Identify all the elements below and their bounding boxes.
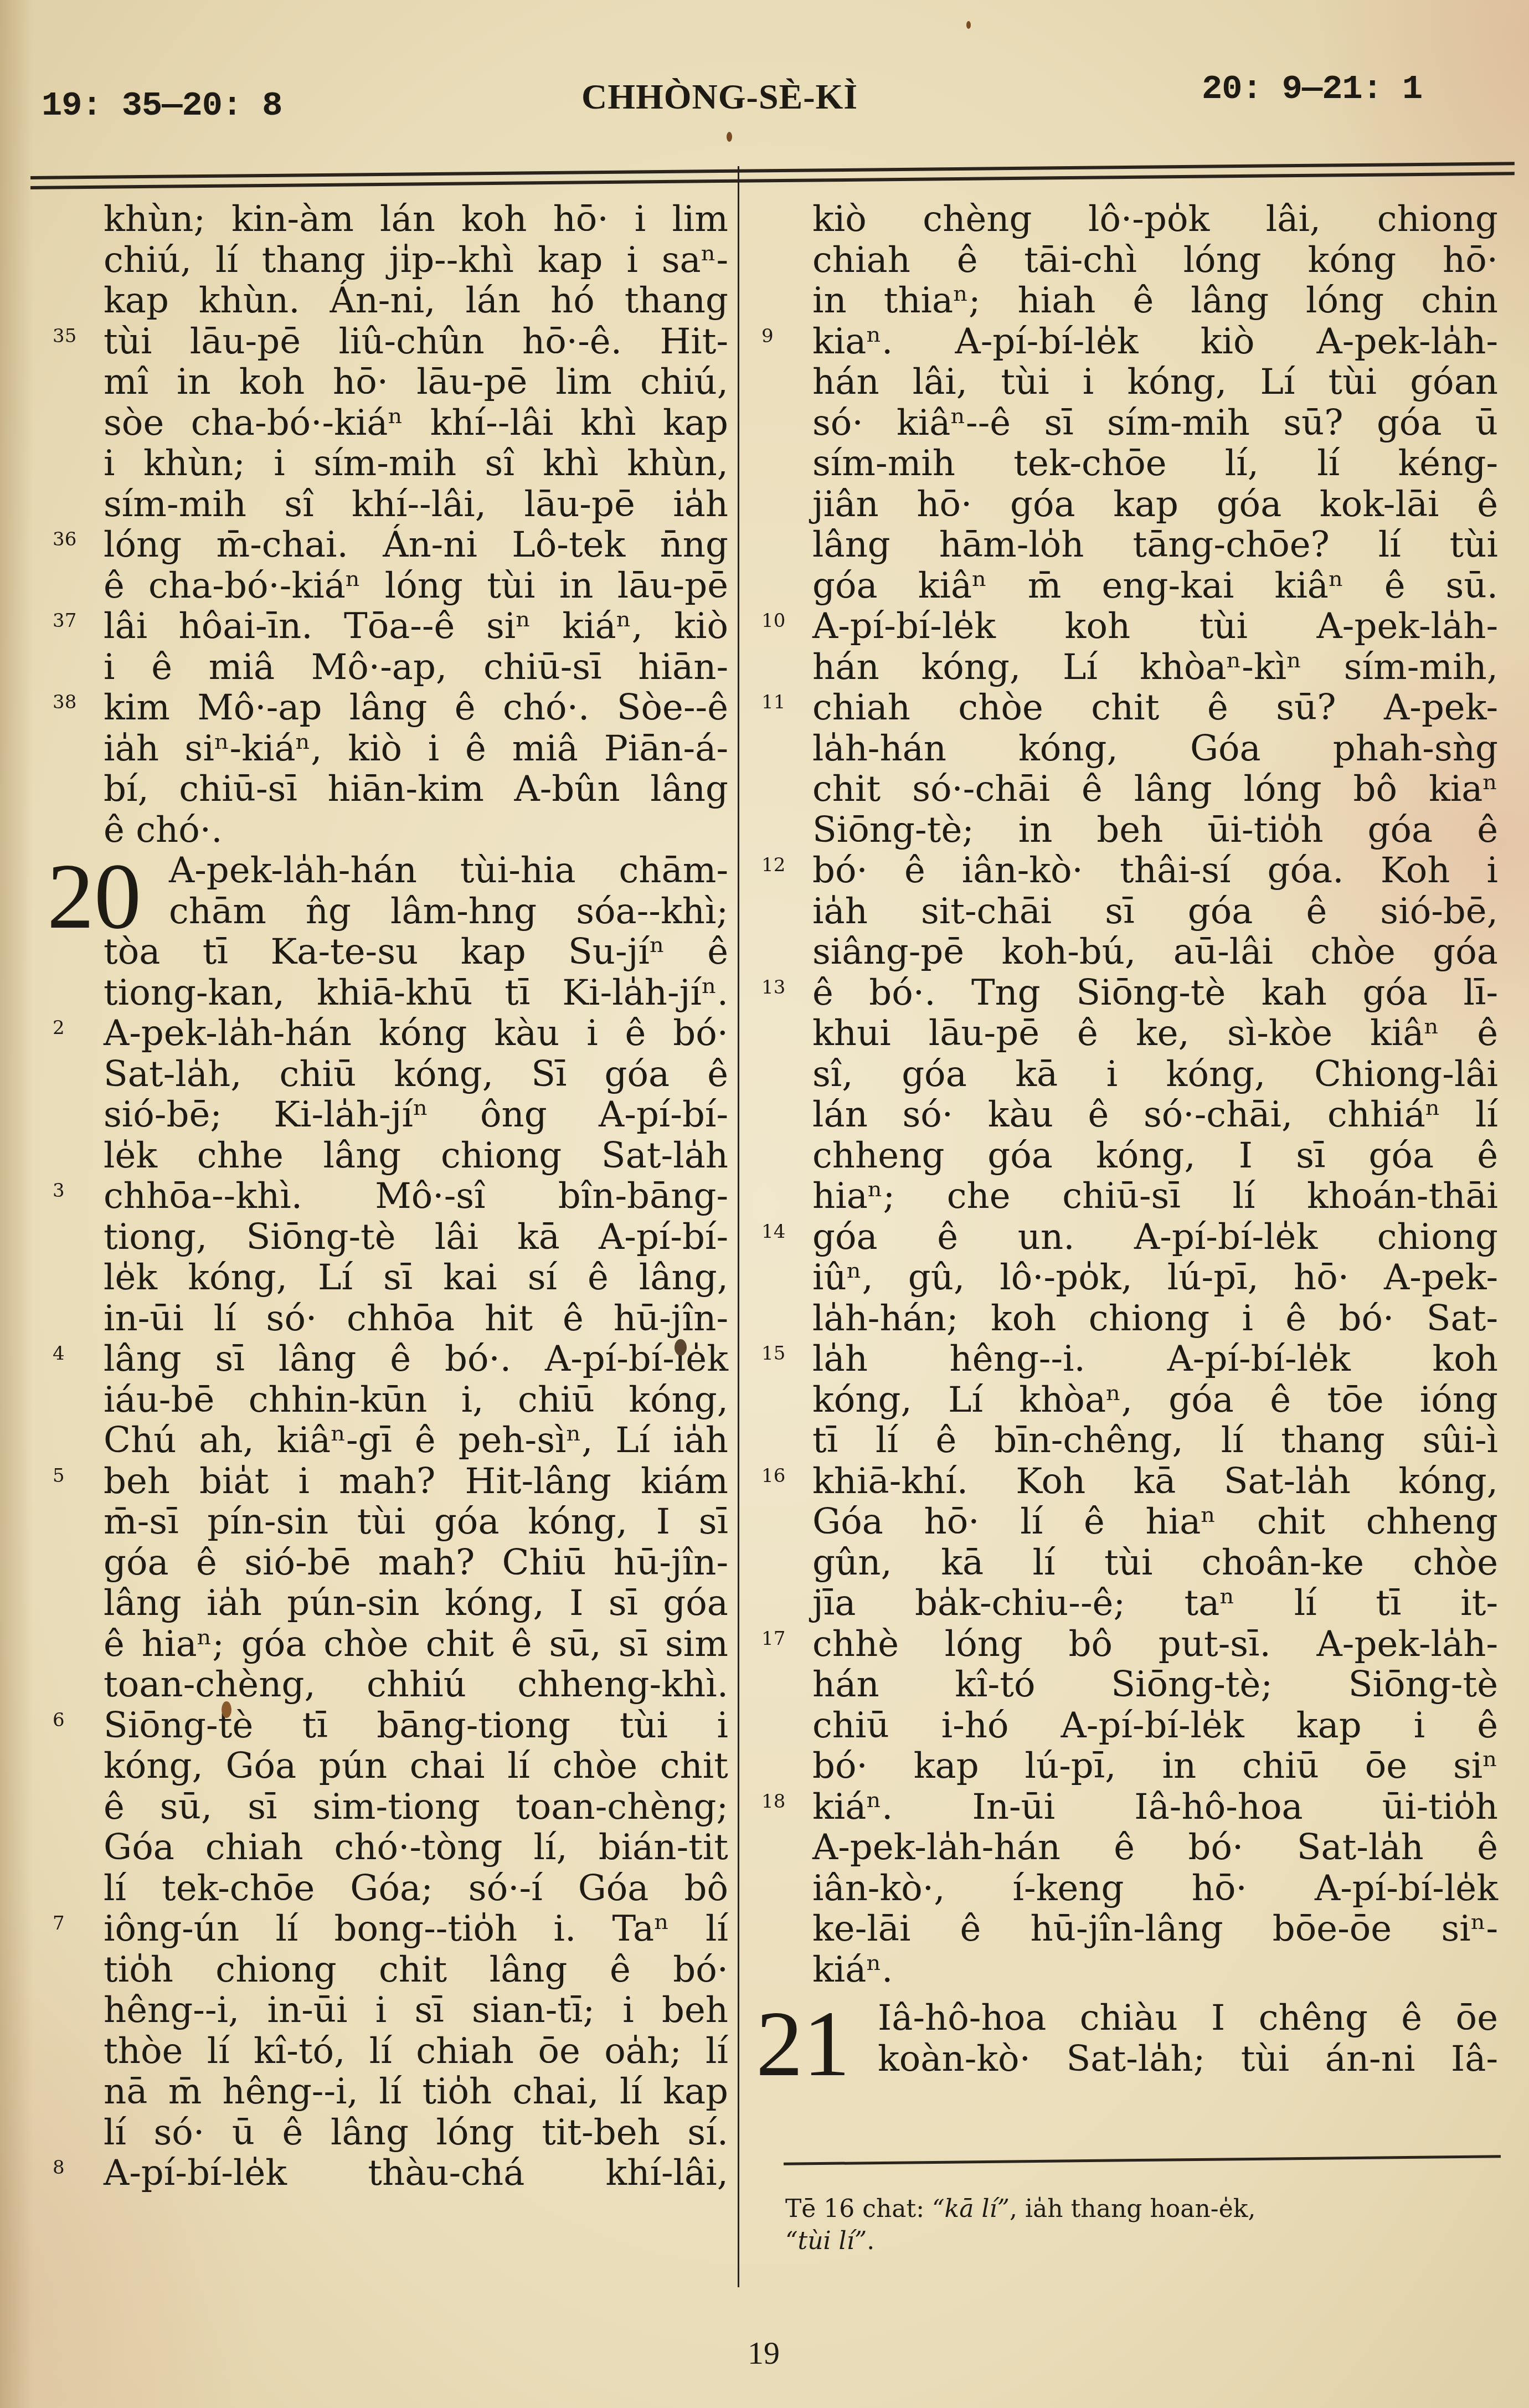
text-line: lâng ia̍h pún-sin kóng, I sī góa	[53, 1583, 728, 1624]
text-line: ê hiaⁿ; góa chòe chit ê sū, sī sim	[53, 1624, 728, 1665]
verse-text: gûn, kā lí tùi choân-ke chòe	[812, 1543, 1498, 1584]
text-line: ia̍h sit-chāi sī góa ê sió-bē,	[761, 892, 1498, 933]
text-line: chit só·-chāi ê lâng lóng bô kiaⁿ	[761, 769, 1498, 810]
text-line: lí só· ū ê lâng lóng tit-beh sí.	[53, 2113, 728, 2154]
text-line: tiong-kan, khiā-khū tī Ki-la̍h-jíⁿ.	[53, 973, 728, 1014]
text-line: nā m̄ hêng--i, lí tio̍h chai, lí kap	[53, 2072, 728, 2113]
ink-stain	[222, 1701, 231, 1718]
verse-number: 4	[53, 1342, 91, 1365]
text-line: chiah ê tāi-chì lóng kóng hō·	[761, 240, 1498, 281]
verse-text: ê sū, sī sim-tiong toan-chèng;	[104, 1787, 728, 1828]
text-line: iûⁿ, gû, lô·-po̍k, lú-pī, hō· A-pek-	[761, 1258, 1498, 1299]
text-line: 11chiah chòe chit ê sū? A-pek-	[761, 688, 1498, 729]
verse-text: chheng góa kóng, I sī góa ê	[812, 1136, 1498, 1177]
verse-text: bí, chiū-sī hiān-kim A-bûn lâng	[104, 769, 728, 810]
chapter-start: 21Iâ-hô-hoa chiàu I chêng ê ōekoàn-kò· S…	[761, 1998, 1498, 2080]
verse-text: la̍h hêng--i. A-pí-bí-le̍k koh	[812, 1339, 1498, 1380]
text-line: le̍k kóng, Lí sī kai sí ê lâng,	[53, 1258, 728, 1299]
verse-text: bó· kap lú-pī, in chiū ōe siⁿ	[812, 1746, 1498, 1787]
verse-text: tiong, Siōng-tè lâi kā A-pí-bí-	[104, 1217, 728, 1258]
verse-text: i khùn; i sím-mih sî khì khùn,	[104, 444, 728, 485]
verse-text: A-pí-bí-le̍k koh tùi A-pek-la̍h-	[812, 606, 1498, 647]
text-line: chheng góa kóng, I sī góa ê	[761, 1136, 1498, 1177]
text-line: 17chhè lóng bô put-sī. A-pek-la̍h-	[761, 1624, 1498, 1665]
verse-text: mî in koh hō· lāu-pē lim chiú,	[104, 362, 728, 403]
verse-text: siâng-pē koh-bú, aū-lâi chòe góa	[812, 932, 1498, 973]
verse-text: tùi lāu-pē liû-chûn hō·-ê. Hit-	[104, 322, 728, 363]
verse-number: 38	[53, 691, 91, 713]
verse-text: lâng ia̍h pún-sin kóng, I sī góa	[104, 1583, 728, 1624]
verse-text: tī lí ê bīn-chêng, lí thang sûi-ì	[812, 1421, 1498, 1462]
text-line: siâng-pē koh-bú, aū-lâi chòe góa	[761, 932, 1498, 973]
text-line: kiáⁿ.	[761, 1950, 1498, 1991]
text-line: kóng, Góa pún chai lí chòe chit	[53, 1746, 728, 1787]
verse-text: khiā-khí. Koh kā Sat-la̍h kóng,	[812, 1462, 1498, 1503]
header-verse-range-right: 20: 9—21: 1	[1202, 69, 1422, 109]
footnote-quote-1: “kā lí”	[932, 2195, 1010, 2223]
verse-text: ke-lāi ê hū-jîn-lâng bōe-ōe siⁿ-	[812, 1909, 1498, 1950]
verse-text: lí só· ū ê lâng lóng tit-beh sí.	[104, 2113, 728, 2154]
verse-text: i ê miâ Mô·-ap, chiū-sī hiān-	[104, 647, 728, 688]
text-line: ê cha-bó·-kiáⁿ lóng tùi in lāu-pē	[53, 566, 728, 607]
verse-text: iông-ún lí bong--tio̍h i. Taⁿ lí	[104, 1909, 728, 1950]
verse-text: chiú, lí thang ji̍p--khì kap i saⁿ-	[104, 240, 728, 281]
verse-text: in thiaⁿ; hiah ê lâng lóng chin	[812, 281, 1498, 322]
verse-text: hiaⁿ; che chiū-sī lí khoán-thāi	[812, 1176, 1498, 1217]
text-line: A-pek-la̍h-hán ê bó· Sat-la̍h ê	[761, 1828, 1498, 1869]
footnote-line-1: Tē 16 chat: “kā lí”, ia̍h thang hoan-e̍k…	[785, 2193, 1500, 2225]
text-line: sím-mih sî khí--lâi, lāu-pē ia̍h	[53, 485, 728, 526]
verse-number: 3	[53, 1180, 91, 1202]
verse-text: A-pek-la̍h-hán kóng kàu i ê bó·	[104, 1013, 728, 1054]
text-line: koàn-kò· Sat-la̍h; tùi án-ni Iâ-	[761, 2039, 1498, 2080]
verse-number: 17	[761, 1628, 800, 1650]
text-line: m̄-sī pín-sin tùi góa kóng, I sī	[53, 1502, 728, 1543]
text-line: le̍k chhe lâng chiong Sat-la̍h	[53, 1136, 728, 1177]
verse-text: kiáⁿ.	[812, 1950, 1498, 1991]
verse-number: 10	[761, 610, 800, 632]
text-line: 38kim Mô·-ap lâng ê chó·. Sòe--ê	[53, 688, 728, 729]
text-line: hán lâi, tùi i kóng, Lí tùi góan	[761, 362, 1498, 403]
text-line: in-ūi lí só· chhōa hit ê hū-jîn-	[53, 1299, 728, 1340]
verse-number: 35	[53, 325, 91, 347]
text-line: 8A-pí-bí-le̍k thàu-chá khí-lâi,	[53, 2153, 728, 2194]
text-line: 5beh bia̍t i mah? Hit-lâng kiám	[53, 1462, 728, 1503]
verse-text: sím-mih tek-chōe lí, lí kéng-	[812, 444, 1498, 485]
verse-text: lâng sī lâng ê bó·. A-pí-bí-le̍k	[104, 1339, 728, 1380]
verse-text: góa kiâⁿ m̄ eng-kai kiâⁿ ê sū.	[812, 566, 1498, 607]
chapter-start: 20A-pek-la̍h-hán tùi-hia chām-chām n̂g l…	[53, 851, 728, 932]
text-line: 3chhōa--khì. Mô·-sî bîn-bāng-	[53, 1176, 728, 1217]
verse-text: tiong-kan, khiā-khū tī Ki-la̍h-jíⁿ.	[104, 973, 728, 1014]
ink-stain	[675, 1339, 687, 1356]
verse-text: ê cha-bó·-kiáⁿ lóng tùi in lāu-pē	[104, 566, 728, 607]
text-line: 13ê bó·. Tng Siōng-tè kah góa lī-	[761, 973, 1498, 1014]
verse-text: hán kî-tó Siōng-tè; Siōng-tè	[812, 1665, 1498, 1706]
text-line: A-pek-la̍h-hán tùi-hia chām-	[53, 851, 728, 892]
ink-speck	[727, 132, 732, 142]
text-line: ke-lāi ê hū-jîn-lâng bōe-ōe siⁿ-	[761, 1909, 1498, 1950]
verse-number: 7	[53, 1912, 91, 1934]
verse-text: ia̍h siⁿ-kiáⁿ, kiò i ê miâ Piān-á-	[104, 729, 728, 770]
verse-text: lóng m̄-chai. Án-ni Lô-tek n̄ng	[104, 525, 728, 566]
text-line: Siōng-tè; in beh ūi-tio̍h góa ê	[761, 810, 1498, 851]
text-line: Góa chiah chó·-tòng lí, bián-tit	[53, 1828, 728, 1869]
text-line: 36lóng m̄-chai. Án-ni Lô-tek n̄ng	[53, 525, 728, 566]
text-line: jīa ba̍k-chiu--ê; taⁿ lí tī it-	[761, 1583, 1498, 1624]
text-line: ia̍h siⁿ-kiáⁿ, kiò i ê miâ Piān-á-	[53, 729, 728, 770]
verse-text: ê bó·. Tng Siōng-tè kah góa lī-	[812, 973, 1498, 1014]
verse-number: 13	[761, 976, 800, 999]
running-header: 19: 35—20: 8 CHHÒNG-SÈ-KÌ 20: 9—21: 1	[0, 39, 1529, 122]
text-line: jiân hō· góa kap góa kok-lāi ê	[761, 485, 1498, 526]
verse-text: Góa chiah chó·-tòng lí, bián-tit	[104, 1828, 728, 1869]
verse-number: 14	[761, 1221, 800, 1243]
verse-text: jiân hō· góa kap góa kok-lāi ê	[812, 485, 1498, 526]
text-line: Chú ah, kiâⁿ-gī ê peh-sìⁿ, Lí ia̍h	[53, 1421, 728, 1462]
verse-text: kóng, Lí khòaⁿ, góa ê tōe ióng	[812, 1380, 1498, 1421]
verse-text: beh bia̍t i mah? Hit-lâng kiám	[104, 1462, 728, 1503]
text-line: hêng--i, in-ūi i sī sian-tī; i beh	[53, 1990, 728, 2031]
verse-text: chām n̂g lâm-hng sóa--khì;	[169, 892, 728, 933]
verse-text: thòe lí kî-tó, lí chiah ōe oa̍h; lí	[104, 2031, 728, 2072]
verse-text: le̍k chhe lâng chiong Sat-la̍h	[104, 1136, 728, 1177]
text-line: 15la̍h hêng--i. A-pí-bí-le̍k koh	[761, 1339, 1498, 1380]
text-line: thòe lí kî-tó, lí chiah ōe oa̍h; lí	[53, 2031, 728, 2072]
text-line: chām n̂g lâm-hng sóa--khì;	[53, 892, 728, 933]
text-line: Góa hō· lí ê hiaⁿ chit chheng	[761, 1502, 1498, 1543]
verse-text: sió-bē; Ki-la̍h-jíⁿ ông A-pí-bí-	[104, 1095, 728, 1136]
verse-text: góa ê un. A-pí-bí-le̍k chiong	[812, 1217, 1498, 1258]
footnote-suffix-2: .	[867, 2227, 874, 2255]
verse-text: tio̍h chiong chit lâng ê bó·	[104, 1950, 728, 1991]
verse-text: chit só·-chāi ê lâng lóng bô kiaⁿ	[812, 769, 1498, 810]
verse-text: A-pí-bí-le̍k thàu-chá khí-lâi,	[104, 2153, 728, 2194]
verse-text: kiáⁿ. In-ūi Iâ-hô-hoa ūi-tio̍h	[812, 1787, 1498, 1828]
verse-text: sím-mih sî khí--lâi, lāu-pē ia̍h	[104, 485, 728, 526]
text-line: 37lâi hôai-īn. Tōa--ê siⁿ kiáⁿ, kiò	[53, 606, 728, 647]
verse-text: Iâ-hô-hoa chiàu I chêng ê ōe	[878, 1998, 1498, 2039]
verse-text: m̄-sī pín-sin tùi góa kóng, I sī	[104, 1502, 728, 1543]
text-line: iân-kò·, í-keng hō· A-pí-bí-le̍k	[761, 1869, 1498, 1910]
text-line: gûn, kā lí tùi choân-ke chòe	[761, 1543, 1498, 1584]
verse-text: Sat-la̍h, chiū kóng, Sī góa ê	[104, 1054, 728, 1095]
text-line: tiong, Siōng-tè lâi kā A-pí-bí-	[53, 1217, 728, 1258]
verse-number: 8	[53, 2157, 91, 2179]
verse-text: tòa tī Ka-te-su kap Su-jíⁿ ê	[104, 932, 728, 973]
header-verse-range-left: 19: 35—20: 8	[42, 86, 282, 125]
text-line: 18kiáⁿ. In-ūi Iâ-hô-hoa ūi-tio̍h	[761, 1787, 1498, 1828]
verse-number: 12	[761, 854, 800, 876]
verse-number: 37	[53, 610, 91, 632]
text-line: hiaⁿ; che chiū-sī lí khoán-thāi	[761, 1176, 1498, 1217]
verse-text: Chú ah, kiâⁿ-gī ê peh-sìⁿ, Lí ia̍h	[104, 1421, 728, 1462]
verse-text: góa ê sió-bē mah? Chiū hū-jîn-	[104, 1543, 728, 1584]
text-line: sió-bē; Ki-la̍h-jíⁿ ông A-pí-bí-	[53, 1095, 728, 1136]
text-line: toan-chèng, chhiú chheng-khì.	[53, 1665, 728, 1706]
verse-text: sòe cha-bó·-kiáⁿ khí--lâi khì kap	[104, 403, 728, 444]
verse-text: hán kóng, Lí khòaⁿ-kìⁿ sím-mih,	[812, 647, 1498, 688]
text-line: khùn; kin-àm lán koh hō· i lim	[53, 199, 728, 240]
verse-text: chiū i-hó A-pí-bí-le̍k kap i ê	[812, 1706, 1498, 1747]
spine-shadow	[0, 0, 33, 2408]
verse-number: 5	[53, 1465, 91, 1487]
verse-text: sî, góa kā i kóng, Chiong-lâi	[812, 1054, 1498, 1095]
text-line: 6Siōng-tè tī bāng-tiong tùi i	[53, 1706, 728, 1747]
text-line: la̍h-hán; koh chiong i ê bó· Sat-	[761, 1299, 1498, 1340]
verse-text: jīa ba̍k-chiu--ê; taⁿ lí tī it-	[812, 1583, 1498, 1624]
text-line: só· kiâⁿ--ê sī sím-mih sū? góa ū	[761, 403, 1498, 444]
verse-number: 6	[53, 1709, 91, 1731]
left-column: khùn; kin-àm lán koh hō· i limchiú, lí t…	[53, 199, 728, 2194]
text-line: 14góa ê un. A-pí-bí-le̍k chiong	[761, 1217, 1498, 1258]
verse-text: khui lāu-pē ê ke, sì-kòe kiâⁿ ê	[812, 1013, 1498, 1054]
verse-number: 2	[53, 1017, 91, 1039]
verse-text: kiò chèng lô·-po̍k lâi, chiong	[812, 199, 1498, 240]
verse-text: só· kiâⁿ--ê sī sím-mih sū? góa ū	[812, 403, 1498, 444]
verse-text: ia̍h sit-chāi sī góa ê sió-bē,	[812, 892, 1498, 933]
text-line: chiū i-hó A-pí-bí-le̍k kap i ê	[761, 1706, 1498, 1747]
text-line: sî, góa kā i kóng, Chiong-lâi	[761, 1054, 1498, 1095]
footnote-suffix-1: , ia̍h thang hoan-e̍k,	[1010, 2195, 1255, 2223]
verse-text: Góa hō· lí ê hiaⁿ chit chheng	[812, 1502, 1498, 1543]
verse-text: A-pek-la̍h-hán tùi-hia chām-	[169, 851, 728, 892]
header-book-title: CHHÒNG-SÈ-KÌ	[581, 76, 858, 117]
right-column: kiò chèng lô·-po̍k lâi, chiongchiah ê tā…	[761, 199, 1498, 2080]
verse-text: bó· ê iân-kò· thâi-sí góa. Koh i	[812, 851, 1498, 892]
verse-text: toan-chèng, chhiú chheng-khì.	[104, 1665, 728, 1706]
text-line: sím-mih tek-chōe lí, lí kéng-	[761, 444, 1498, 485]
verse-number: 18	[761, 1790, 800, 1813]
text-line: sòe cha-bó·-kiáⁿ khí--lâi khì kap	[53, 403, 728, 444]
verse-text: le̍k kóng, Lí sī kai sí ê lâng,	[104, 1258, 728, 1299]
verse-text: chiah ê tāi-chì lóng kóng hō·	[812, 240, 1498, 281]
verse-number: 11	[761, 691, 800, 713]
text-line: 12bó· ê iân-kò· thâi-sí góa. Koh i	[761, 851, 1498, 892]
text-line: tī lí ê bīn-chêng, lí thang sûi-ì	[761, 1421, 1498, 1462]
text-line: la̍h-hán kóng, Góa phah-sǹg	[761, 729, 1498, 770]
chapter-gap	[761, 1990, 1498, 1998]
text-line: lán só· kàu ê só·-chāi, chhiáⁿ lí	[761, 1095, 1498, 1136]
verse-text: chiah chòe chit ê sū? A-pek-	[812, 688, 1498, 729]
text-line: bí, chiū-sī hiān-kim A-bûn lâng	[53, 769, 728, 810]
verse-text: lâng hām-lo̍h tāng-chōe? lí tùi	[812, 525, 1498, 566]
text-line: Iâ-hô-hoa chiàu I chêng ê ōe	[761, 1998, 1498, 2039]
verse-text: in-ūi lí só· chhōa hit ê hū-jîn-	[104, 1299, 728, 1340]
verse-number: 16	[761, 1465, 800, 1487]
verse-text: ê chó·.	[104, 810, 728, 851]
text-line: mî in koh hō· lāu-pē lim chiú,	[53, 362, 728, 403]
text-line: hán kî-tó Siōng-tè; Siōng-tè	[761, 1665, 1498, 1706]
text-line: tio̍h chiong chit lâng ê bó·	[53, 1950, 728, 1991]
text-line: ê chó·.	[53, 810, 728, 851]
text-line: kap khùn. Án-ni, lán hó thang	[53, 281, 728, 322]
verse-text: kiaⁿ. A-pí-bí-le̍k kiò A-pek-la̍h-	[812, 322, 1498, 363]
text-line: ê sū, sī sim-tiong toan-chèng;	[53, 1787, 728, 1828]
verse-text: koàn-kò· Sat-la̍h; tùi án-ni Iâ-	[878, 2039, 1498, 2080]
text-line: lí tek-chōe Góa; só·-í Góa bô	[53, 1869, 728, 1910]
text-line: i ê miâ Mô·-ap, chiū-sī hiān-	[53, 647, 728, 688]
text-line: i khùn; i sím-mih sî khì khùn,	[53, 444, 728, 485]
verse-number: 9	[761, 325, 800, 347]
verse-text: Siōng-tè tī bāng-tiong tùi i	[104, 1706, 728, 1747]
verse-text: khùn; kin-àm lán koh hō· i lim	[104, 199, 728, 240]
text-line: 4lâng sī lâng ê bó·. A-pí-bí-le̍k	[53, 1339, 728, 1380]
verse-text: la̍h-hán; koh chiong i ê bó· Sat-	[812, 1299, 1498, 1340]
text-line: 2A-pek-la̍h-hán kóng kàu i ê bó·	[53, 1013, 728, 1054]
text-line: in thiaⁿ; hiah ê lâng lóng chin	[761, 281, 1498, 322]
verse-text: kap khùn. Án-ni, lán hó thang	[104, 281, 728, 322]
text-line: khui lāu-pē ê ke, sì-kòe kiâⁿ ê	[761, 1013, 1498, 1054]
footnote-quote-2: “tùi lí”	[785, 2227, 867, 2255]
footnote: Tē 16 chat: “kā lí”, ia̍h thang hoan-e̍k…	[785, 2193, 1500, 2257]
page-number: 19	[748, 2334, 780, 2371]
verse-text: hêng--i, in-ūi i sī sian-tī; i beh	[104, 1990, 728, 2031]
text-line: kóng, Lí khòaⁿ, góa ê tōe ióng	[761, 1380, 1498, 1421]
text-line: 16khiā-khí. Koh kā Sat-la̍h kóng,	[761, 1462, 1498, 1503]
verse-text: chhè lóng bô put-sī. A-pek-la̍h-	[812, 1624, 1498, 1665]
verse-text: A-pek-la̍h-hán ê bó· Sat-la̍h ê	[812, 1828, 1498, 1869]
verse-number: 36	[53, 528, 91, 550]
text-line: 7iông-ún lí bong--tio̍h i. Taⁿ lí	[53, 1909, 728, 1950]
verse-text: ê hiaⁿ; góa chòe chit ê sū, sī sim	[104, 1624, 728, 1665]
verse-text: iân-kò·, í-keng hō· A-pí-bí-le̍k	[812, 1869, 1498, 1910]
footnote-prefix: Tē 16 chat:	[785, 2195, 932, 2223]
text-line: góa ê sió-bē mah? Chiū hū-jîn-	[53, 1543, 728, 1584]
text-line: 35tùi lāu-pē liû-chûn hō·-ê. Hit-	[53, 322, 728, 363]
verse-text: iûⁿ, gû, lô·-po̍k, lú-pī, hō· A-pek-	[812, 1258, 1498, 1299]
verse-text: kóng, Góa pún chai lí chòe chit	[104, 1746, 728, 1787]
verse-text: lán só· kàu ê só·-chāi, chhiáⁿ lí	[812, 1095, 1498, 1136]
verse-text: lí tek-chōe Góa; só·-í Góa bô	[104, 1869, 728, 1910]
verse-text: nā m̄ hêng--i, lí tio̍h chai, lí kap	[104, 2072, 728, 2113]
text-line: lâng hām-lo̍h tāng-chōe? lí tùi	[761, 525, 1498, 566]
text-line: Sat-la̍h, chiū kóng, Sī góa ê	[53, 1054, 728, 1095]
text-line: bó· kap lú-pī, in chiū ōe siⁿ	[761, 1746, 1498, 1787]
text-line: tòa tī Ka-te-su kap Su-jíⁿ ê	[53, 932, 728, 973]
column-divider	[738, 166, 739, 2287]
text-line: hán kóng, Lí khòaⁿ-kìⁿ sím-mih,	[761, 647, 1498, 688]
text-line: kiò chèng lô·-po̍k lâi, chiong	[761, 199, 1498, 240]
verse-text: Siōng-tè; in beh ūi-tio̍h góa ê	[812, 810, 1498, 851]
verse-text: la̍h-hán kóng, Góa phah-sǹg	[812, 729, 1498, 770]
text-line: 10A-pí-bí-le̍k koh tùi A-pek-la̍h-	[761, 606, 1498, 647]
text-line: iáu-bē chhin-kūn i, chiū kóng,	[53, 1380, 728, 1421]
verse-text: iáu-bē chhin-kūn i, chiū kóng,	[104, 1380, 728, 1421]
ink-speck	[966, 21, 971, 29]
text-line: 9kiaⁿ. A-pí-bí-le̍k kiò A-pek-la̍h-	[761, 322, 1498, 363]
verse-number: 15	[761, 1342, 800, 1365]
text-line: chiú, lí thang ji̍p--khì kap i saⁿ-	[53, 240, 728, 281]
verse-text: kim Mô·-ap lâng ê chó·. Sòe--ê	[104, 688, 728, 729]
verse-text: chhōa--khì. Mô·-sî bîn-bāng-	[104, 1176, 728, 1217]
verse-text: lâi hôai-īn. Tōa--ê siⁿ kiáⁿ, kiò	[104, 606, 728, 647]
footnote-line-2: “tùi lí”.	[785, 2225, 1500, 2257]
verse-text: hán lâi, tùi i kóng, Lí tùi góan	[812, 362, 1498, 403]
text-line: góa kiâⁿ m̄ eng-kai kiâⁿ ê sū.	[761, 566, 1498, 607]
